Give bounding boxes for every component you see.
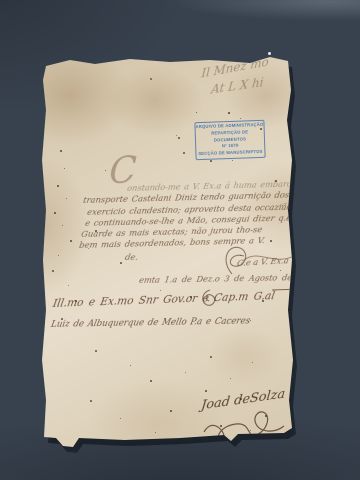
top-inscription-line2: At L X hi (210, 75, 264, 97)
manuscript-line: de. (124, 252, 139, 262)
dust-speck (268, 52, 271, 55)
photo-scene: Il Mnez mo At L X hi ARQUIVO DE ADMINIST… (0, 0, 360, 480)
address-line2: Luiz de Albuquerque de Mello P.a e Cacer… (50, 317, 251, 331)
archive-stamp: ARQUIVO DE ADMINISTRAÇÃO REPARTIÇÃO DE D… (194, 120, 265, 160)
address-line1: Ill.mo e Ex.mo Snr Gov.or e Cap.m G.al (52, 290, 276, 310)
stamp-line: SECÇÃO DE MANUSCRIPTOS (196, 149, 264, 158)
dateline-underline (272, 289, 299, 291)
manuscript-page: Il Mnez mo At L X hi ARQUIVO DE ADMINIST… (40, 56, 296, 448)
